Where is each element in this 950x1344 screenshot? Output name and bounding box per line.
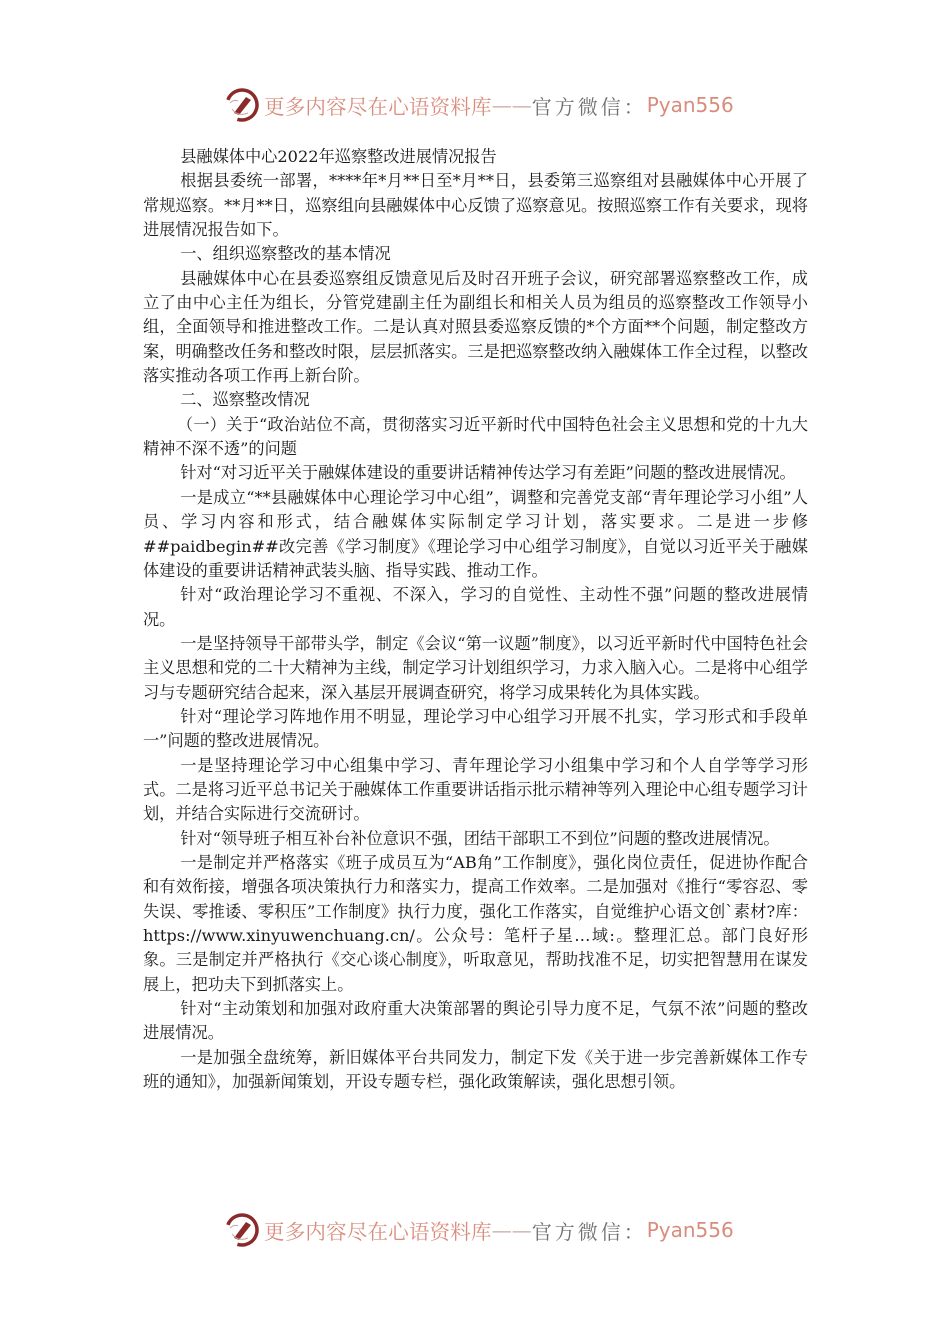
paragraph-basic-situation: 县融媒体中心在县委巡察组反馈意见后及时召开班子会议，研究部署巡察整改工作，成立了… bbox=[143, 267, 808, 389]
paragraph-measure-5: 一是加强全盘统筹，新旧媒体平台共同发力，制定下发《关于进一步完善新媒体工作专班的… bbox=[143, 1046, 808, 1095]
paragraph-measure-2: 一是坚持领导干部带头学，制定《会议“第一议题”制度》，以习近平新时代中国特色社会… bbox=[143, 632, 808, 705]
paragraph-issue-2: 针对“政治理论学习不重视、不深入，学习的自觉性、主动性不强”问题的整改进展情况。 bbox=[143, 583, 808, 632]
section-heading-1: 一、组织巡察整改的基本情况 bbox=[143, 242, 808, 266]
paragraph-measure-1: 一是成立“**县融媒体中心理论学习中心组”，调整和完善党支部“青年理论学习小组”… bbox=[143, 486, 808, 583]
quill-pen-logo-icon bbox=[224, 87, 260, 123]
header-watermark-banner: 更多内容尽在心语资料库 —— 官方微信： Pyan556 bbox=[224, 84, 724, 126]
paragraph-issue-3: 针对“理论学习阵地作用不明显，理论学习中心组学习开展不扎实，学习形式和手段单一”… bbox=[143, 705, 808, 754]
paragraph-issue-4: 针对“领导班子相互补台补位意识不强，团结干部职工不到位”问题的整改进展情况。 bbox=[143, 827, 808, 851]
footer-watermark-banner: 更多内容尽在心语资料库 —— 官方微信： Pyan556 bbox=[224, 1209, 724, 1251]
banner-wechat-id: Pyan556 bbox=[647, 1218, 734, 1242]
paragraph-measure-4: 一是制定并严格落实《班子成员互为“AB角”工作制度》，强化岗位责任，促进协作配合… bbox=[143, 851, 808, 997]
banner-wechat-label: 官方微信： bbox=[532, 91, 647, 120]
paragraph-measure-3: 一是坚持理论学习中心组集中学习、青年理论学习小组集中学习和个人自学等学习形式。二… bbox=[143, 754, 808, 827]
section-heading-2: 二、巡察整改情况 bbox=[143, 388, 808, 412]
document-title: 县融媒体中心2022年巡察整改进展情况报告 bbox=[143, 145, 808, 169]
document-page: 更多内容尽在心语资料库 —— 官方微信： Pyan556 县融媒体中心2022年… bbox=[0, 0, 950, 1344]
banner-wechat-id: Pyan556 bbox=[647, 93, 734, 117]
banner-dash: —— bbox=[492, 93, 532, 117]
paragraph-intro: 根据县委统一部署，****年*月**日至*月**日，县委第三巡察组对县融媒体中心… bbox=[143, 169, 808, 242]
quill-pen-logo-icon bbox=[224, 1212, 260, 1248]
banner-dash: —— bbox=[492, 1218, 532, 1242]
subsection-heading-1: （一）关于“政治站位不高，贯彻落实习近平新时代中国特色社会主义思想和党的十九大精… bbox=[143, 413, 808, 462]
paragraph-issue-1: 针对“对习近平关于融媒体建设的重要讲话精神传达学习有差距”问题的整改进展情况。 bbox=[143, 461, 808, 485]
banner-wechat-label: 官方微信： bbox=[532, 1216, 647, 1245]
banner-main-text: 更多内容尽在心语资料库 bbox=[264, 1215, 492, 1245]
document-body: 县融媒体中心2022年巡察整改进展情况报告 根据县委统一部署，****年*月**… bbox=[143, 145, 808, 1094]
banner-main-text: 更多内容尽在心语资料库 bbox=[264, 90, 492, 120]
paragraph-issue-5: 针对“主动策划和加强对政府重大决策部署的舆论引导力度不足，气氛不浓”问题的整改进… bbox=[143, 997, 808, 1046]
